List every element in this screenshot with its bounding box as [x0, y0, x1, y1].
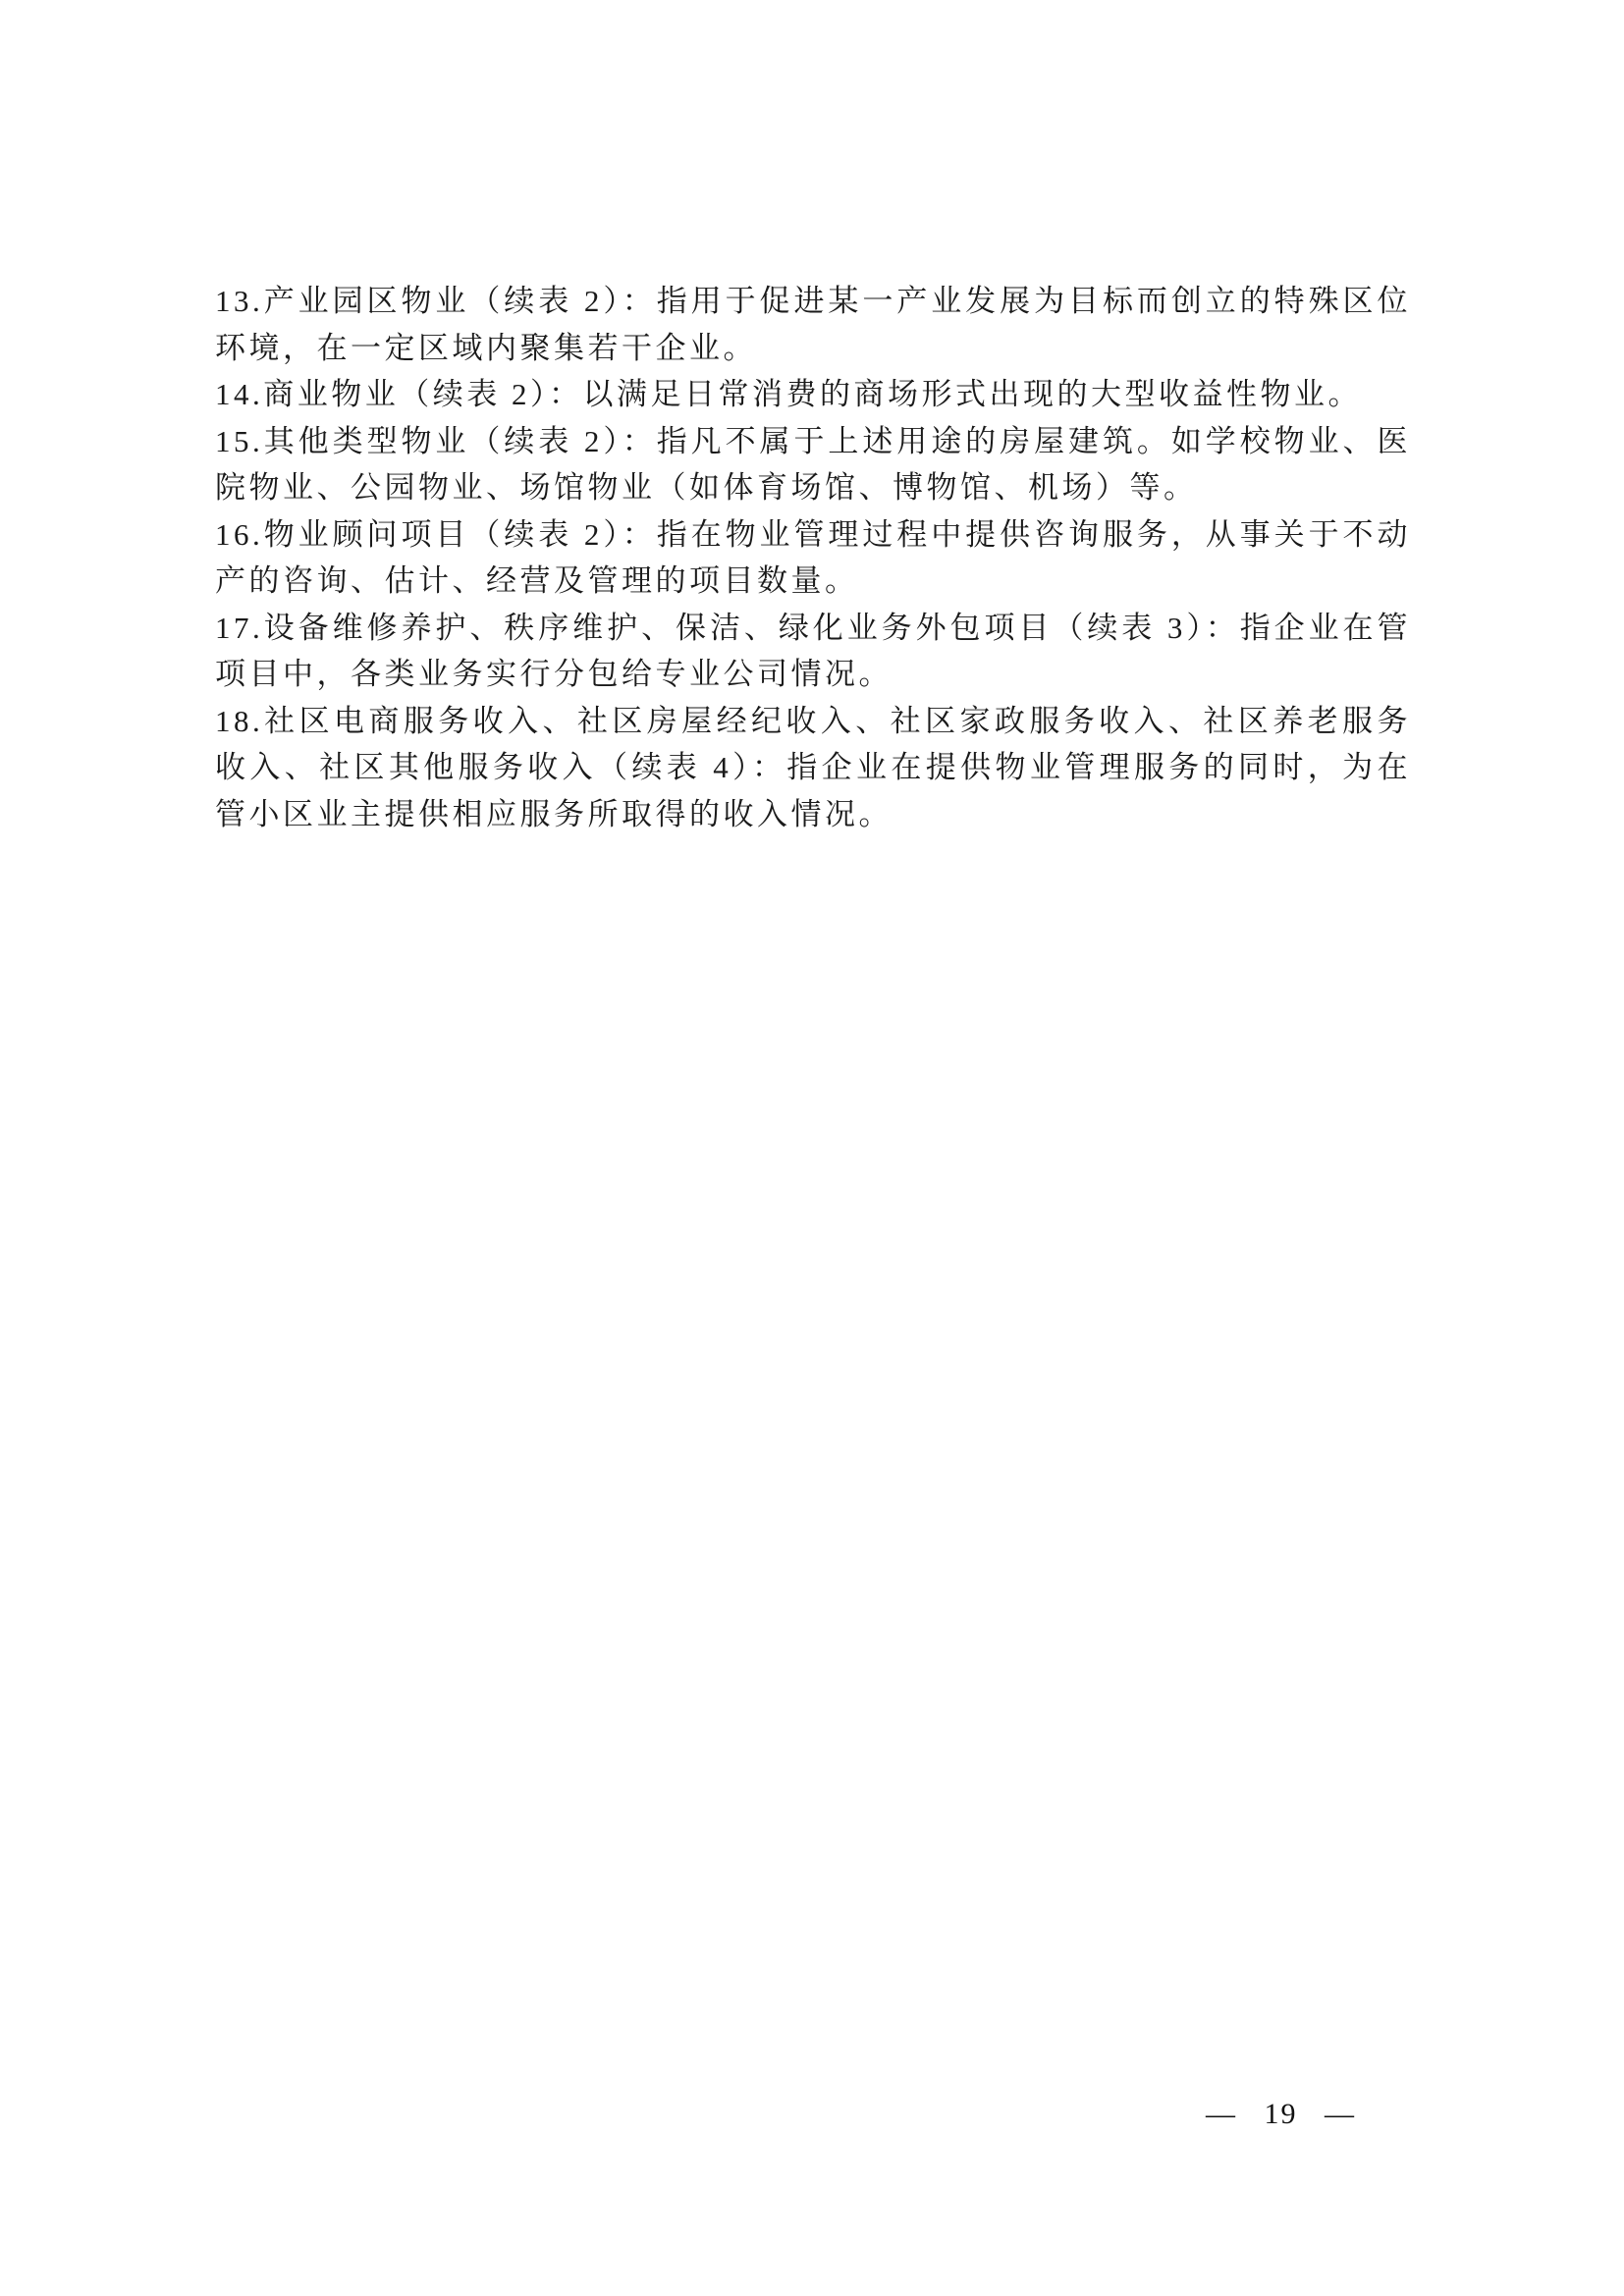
definition-item-15: 15.其他类型物业（续表 2）：指凡不属于上述用途的房屋建筑。如学校物业、医院物…	[215, 418, 1411, 511]
definition-item-16: 16.物业顾问项目（续表 2）：指在物业管理过程中提供咨询服务，从事关于不动产的…	[215, 511, 1411, 605]
document-page: 13.产业园区物业（续表 2）：指用于促进某一产业发展为目标而创立的特殊区位环境…	[0, 0, 1624, 2296]
definition-item-17: 17.设备维修养护、秩序维护、保洁、绿化业务外包项目（续表 3）：指企业在管项目…	[215, 605, 1411, 698]
definition-item-13: 13.产业园区物业（续表 2）：指用于促进某一产业发展为目标而创立的特殊区位环境…	[215, 278, 1411, 371]
page-number: — 19 —	[1206, 2095, 1356, 2134]
definitions-list: 13.产业园区物业（续表 2）：指用于促进某一产业发展为目标而创立的特殊区位环境…	[215, 278, 1411, 837]
definition-item-18: 18.社区电商服务收入、社区房屋经纪收入、社区家政服务收入、社区养老服务收入、社…	[215, 698, 1411, 838]
definition-item-14: 14.商业物业（续表 2）：以满足日常消费的商场形式出现的大型收益性物业。	[215, 371, 1411, 418]
